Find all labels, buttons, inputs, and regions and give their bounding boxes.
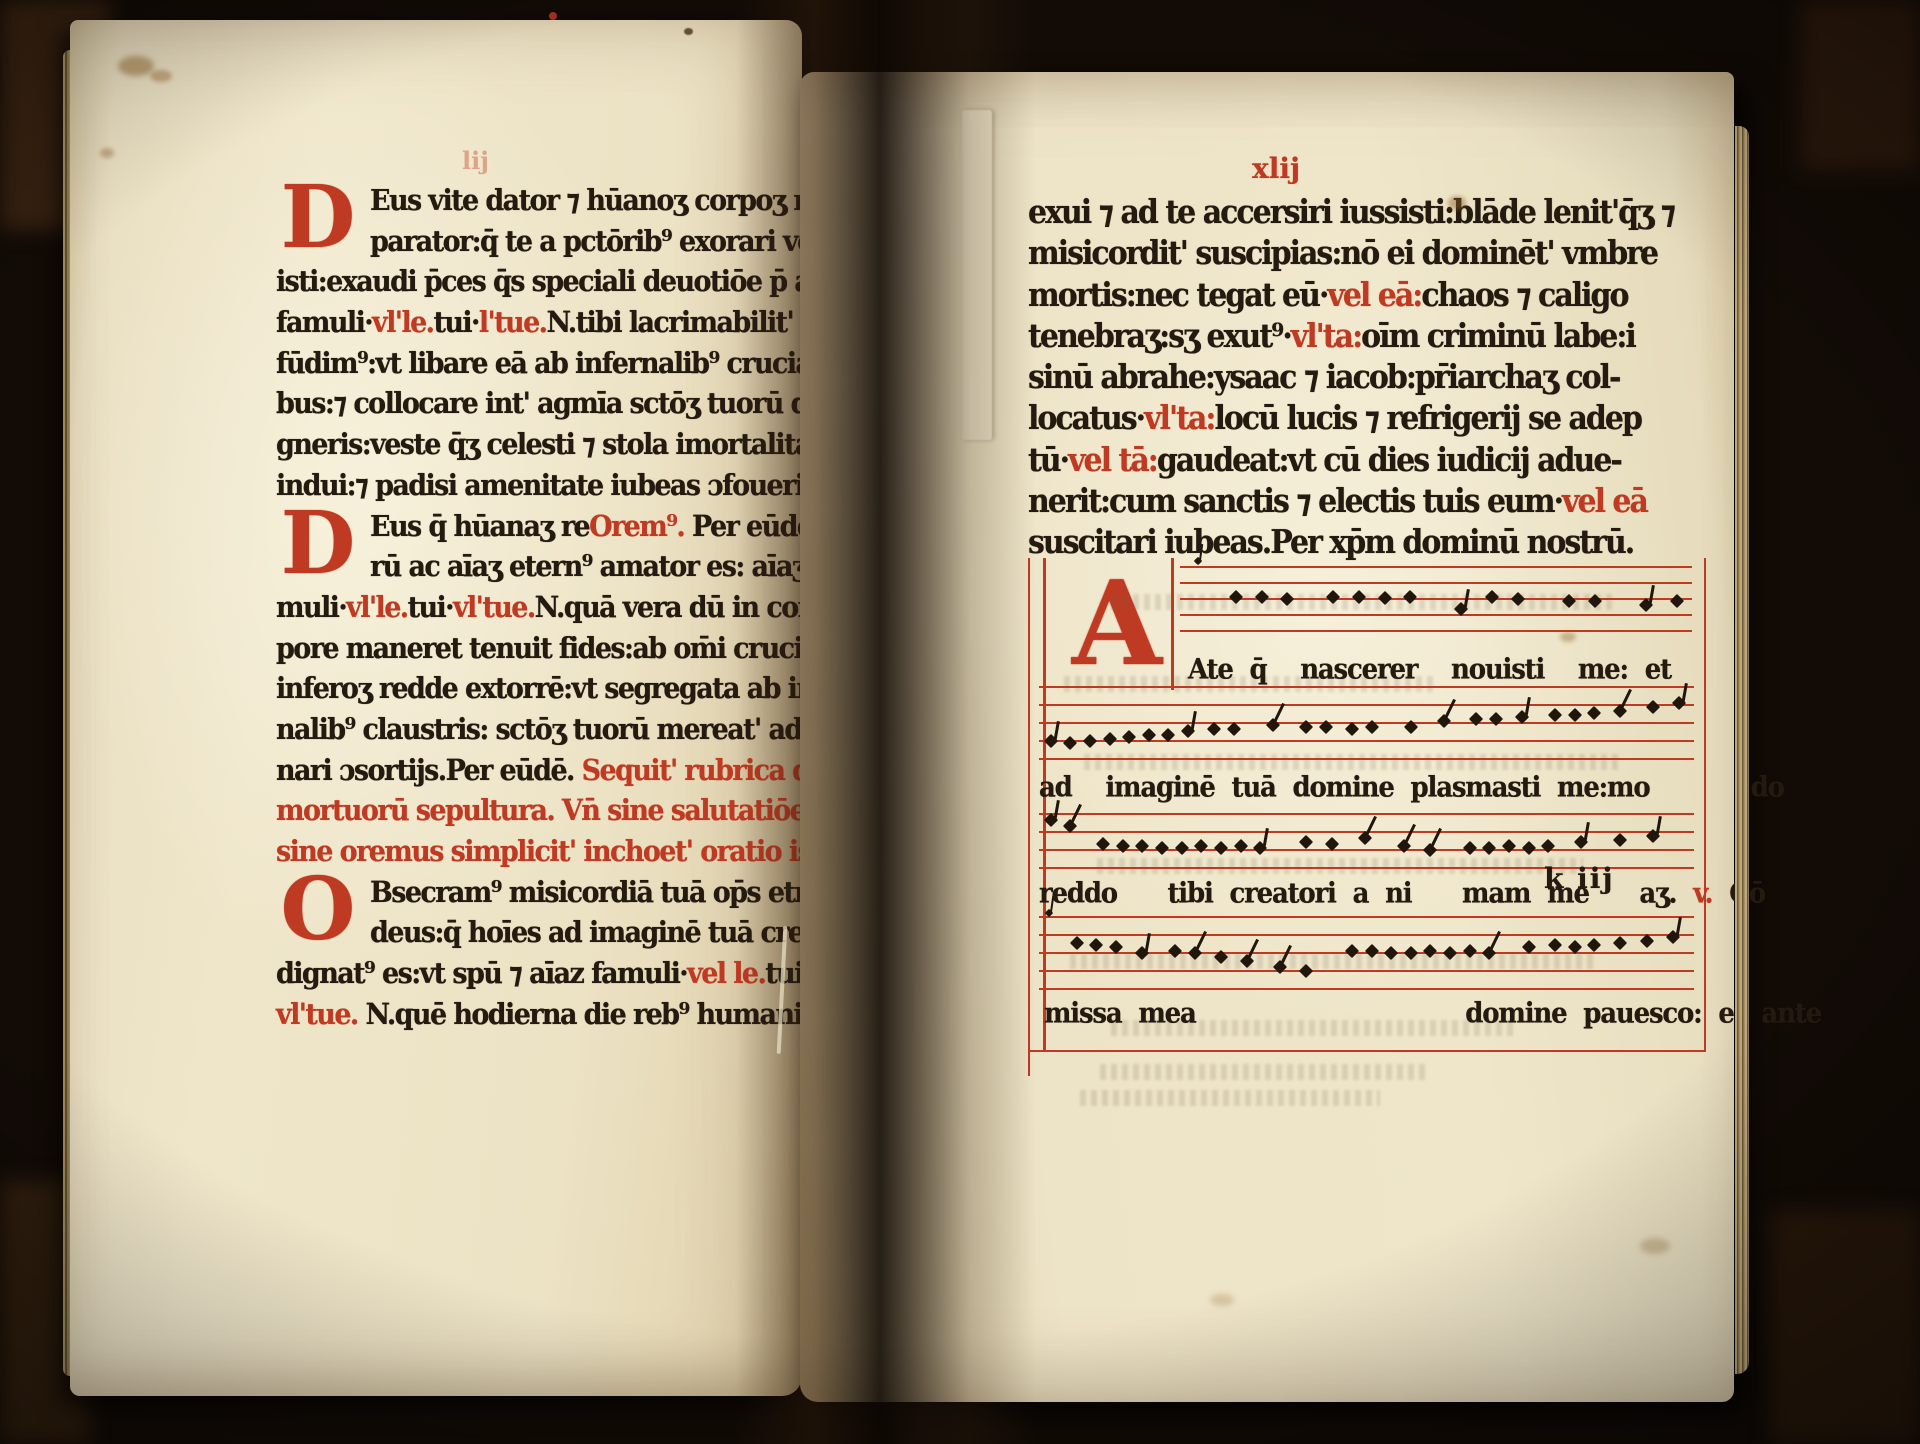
neume-note [1301,722,1311,732]
text-line: sinū abrahe:ysaac ⁊ iacob:pr̄iarchaʒ col… [1028,359,1700,404]
text-segment: chaos ⁊ caligo [1421,277,1627,315]
chant-lyric-line: ad imaginē tuā domine plasmasti me:mo do [1039,772,1784,804]
text-line: nerit:cum sanctis ⁊ electis tuis eum·vel… [1028,483,1700,528]
quire-signature: k iij [1544,862,1615,895]
text-line: nalib⁹ claustris: sctōʒ tuorū mereat' ad… [276,713,806,757]
text-line: tū·vel tā:gaudeat:vt cū dies iudicij adu… [1028,442,1700,487]
neume-note [1282,594,1292,604]
music-staff [1039,916,1694,990]
text-segment: oīm criminū labe:i [1361,318,1635,356]
text-line: fūdim⁹:vt libare eā ab infernalib⁹ cruci… [276,347,806,391]
neume-note [1550,940,1560,950]
neume-note [1491,714,1501,724]
neume-note [1216,952,1226,962]
neume-note [1091,940,1101,950]
text-segment: gneris:veste q̄ʒ celesti ⁊ stola imortal… [276,428,844,461]
neume-note [1589,708,1599,718]
text-segment: mortuorū sepultura. Vn̄ sine salutatiōe … [276,794,825,827]
text-segment: sine oremus simplicit' inchoet' oratio i… [276,835,846,868]
stain [549,12,557,20]
neume-note [1648,702,1658,712]
neume-note [1615,706,1625,716]
neume-note [1386,948,1396,958]
text-segment: vl'le. [372,306,433,339]
neume-note [1576,837,1586,847]
background-corner-stain [1770,1210,1920,1444]
text-segment: nalib⁹ claustris: sctōʒ tuorū mereat' ad… [276,713,829,746]
lombard-initial: D [272,178,364,258]
neume-note [1405,592,1415,602]
frame-rule [1171,558,1174,690]
neume-note [1367,946,1377,956]
text-line: mortis:nec tegat eū·vel eā:chaos ⁊ calig… [1028,277,1700,322]
text-segment: sinū abrahe:ysaac ⁊ iacob:pr̄iarchaʒ col… [1028,359,1619,397]
neume-note [1354,592,1364,602]
neume-note [1487,592,1497,602]
neume-note [1236,841,1246,851]
text-line: parator:q̄ te a pctōrib⁹ exorari volu [370,225,806,269]
neume-note [1550,710,1560,720]
neume-note [1367,722,1377,732]
stain [150,70,172,82]
text-segment: missa mea domine pauesco: et ante [1044,998,1821,1030]
left-page: lij Eus vite dator ⁊ hūanoʒ corpoʒ re-pa… [70,20,802,1396]
text-segment: Eus q̄ hūanaʒ re [370,510,589,543]
neume-note [1085,736,1095,746]
text-line: Eus vite dator ⁊ hūanoʒ corpoʒ re- [370,184,806,228]
neume-note [1301,966,1311,976]
neume-note [1231,592,1241,602]
neume-note [1484,843,1494,853]
neume-note [1590,596,1600,606]
stain [118,56,154,76]
stain [100,148,114,158]
text-segment: vl'tue. [453,591,535,624]
neume-note [1209,724,1219,734]
text-segment: inferoʒ redde extorrē:vt segregata ab in… [276,672,853,705]
neume-note [1406,722,1416,732]
neume-note [1118,841,1128,851]
neume-note [1524,942,1534,952]
text-segment: tui· [433,306,478,339]
text-line: muli·vl'le.tui·vl'tue.N.quā vera dū in c… [276,591,806,635]
neume-note [1674,698,1684,708]
stain [1640,1238,1670,1254]
neume-note [1275,962,1285,972]
neume-note [1570,942,1580,952]
text-segment: N.quā vera dū in cor [535,591,811,624]
manuscript-photo: lij Eus vite dator ⁊ hūanoʒ corpoʒ re-pa… [0,0,1920,1444]
text-segment: Cō [1712,878,1765,910]
neume-note [1137,948,1147,958]
text-line: Eus q̄ hūanaʒ reOrem⁹. Per eūdē. [370,510,806,554]
neume-note [1196,841,1206,851]
text-line: tenebraʒ:sʒ exut⁹·vl'ta:oīm criminū labe… [1028,318,1700,363]
text-line: deus:q̄ hoīes ad imaginē tuā creare [370,916,806,960]
text-segment: vl'ta: [1291,318,1361,356]
neume-note [1615,938,1625,948]
text-segment: vel eā: [1327,277,1421,315]
neume-note [1229,724,1239,734]
text-line: pore maneret tenuit fides:ab om̄i crucia… [276,632,806,676]
neume-note [1399,841,1409,851]
neume-note [1257,592,1267,602]
text-segment: v. [1693,878,1712,910]
text-segment: Eus vite dator ⁊ hūanoʒ corpoʒ re- [370,184,831,217]
neume-note [1124,732,1134,742]
chant-lyric-line: reddo tibi creatori a ni mam me aʒ. v. C… [1039,878,1765,910]
neume-note [1144,730,1154,740]
neume-note [1672,596,1682,606]
neume-note [1137,841,1147,851]
text-segment: Orem⁹. [589,510,684,543]
neume-note [1347,724,1357,734]
text-segment: muli· [276,591,346,624]
neume-note [1216,843,1226,853]
text-segment: fūdim⁹:vt libare eā ab infernalib⁹ cruci… [276,347,831,380]
text-line: gneris:veste q̄ʒ celesti ⁊ stola imortal… [276,428,806,472]
text-segment: Bsecram⁹ misicordiā tuā op̄s etne [370,876,828,909]
neume-note [1301,837,1311,847]
neume-note [1157,843,1167,853]
neume-note [1072,938,1082,948]
text-segment: Sequit' rubrica dē [582,754,825,787]
music-staff [1039,813,1694,869]
neume-note [1046,910,1056,920]
lombard-initial: O [272,870,364,950]
text-segment: rū ac aīaʒ etern⁹ amator es: aīaʒ fa- [370,550,849,583]
text-segment: pore maneret tenuit fides:ab om̄i crucia… [276,632,847,665]
text-segment: N.tibi lacrimabilit' [546,306,793,339]
neume-note [1484,948,1494,958]
text-line: famuli·vl'le.tui·l'tue.N.tibi lacrimabil… [276,306,806,350]
text-segment: gaudeat:vt cū dies iudicij adue- [1157,442,1621,480]
text-segment: mortis:nec tegat eū· [1028,277,1327,315]
text-line: exui ⁊ ad te accersiri iussisti:blāde le… [1028,194,1700,239]
neume-note [1668,932,1678,942]
text-segment: nari ɔsortijs.Per eūdē. [276,754,582,787]
neume-note [1360,833,1370,843]
text-segment: locatus· [1028,400,1144,438]
neume-note [1321,722,1331,732]
music-staff [1039,686,1694,760]
neume-note [1046,736,1056,746]
neume-note [1190,948,1200,958]
text-segment: deus:q̄ hoīes ad imaginē tuā creare [370,916,848,949]
text-segment: dignat⁹ es:vt spū ⁊ aīaz famuli· [276,957,687,990]
neume-note [1456,604,1466,614]
text-line: mortuorū sepultura. Vn̄ sine salutatiōe … [276,794,806,838]
text-segment: bus:⁊ collocare int' agmīa sctōʒ tuorū d… [276,387,826,420]
neume-note [1380,593,1390,603]
chant-lyric-line: missa mea domine pauesco: et ante [1044,998,1821,1030]
neume-note [1111,942,1121,952]
neume-note [1065,821,1075,831]
repair-strip [962,110,992,440]
text-line: inferoʒ redde extorrē:vt segregata ab in… [276,672,806,716]
music-block: A Ate q̄ nascerer nouisti me: etad imagi… [1028,558,1706,1052]
text-segment: tū· [1028,442,1068,480]
text-segment: N.quē hodierna die reb⁹ humanis [358,998,816,1031]
neume-note [1177,843,1187,853]
text-segment: nerit:cum sanctis ⁊ electis tuis eum· [1028,483,1562,521]
neume-note [1504,841,1514,851]
text-line: nari ɔsortijs.Per eūdē. Sequit' rubrica … [276,754,806,798]
neume-note [1615,835,1625,845]
frame-rule [1028,1050,1031,1076]
neume-note [1098,839,1108,849]
text-segment: vel le. [687,957,765,990]
neume-note [1517,712,1527,722]
music-staff [1180,566,1692,632]
text-line: rū ac aīaʒ etern⁹ amator es: aīaʒ fa- [370,550,806,594]
text-line: locatus·vl'ta:locū lucis ⁊ refrigerij se… [1028,400,1700,445]
neume-note [1564,596,1574,606]
text-segment: famuli· [276,306,372,339]
neume-note [1163,730,1173,740]
neume-note [1046,815,1056,825]
neume-note [1242,956,1252,966]
right-text-block: exui ⁊ ad te accersiri iussisti:blāde le… [1028,194,1700,566]
text-segment: vl'le. [346,591,407,624]
neume-note [1425,946,1435,956]
neume-note [1268,720,1278,730]
neume-note [1425,845,1435,855]
left-text-block: Eus vite dator ⁊ hūanoʒ corpoʒ re-parato… [276,184,806,1038]
neume-note [1065,738,1075,748]
text-line: dignat⁹ es:vt spū ⁊ aīaz famuli·vel le.t… [276,957,806,1001]
neume-note [1465,946,1475,956]
text-line: Bsecram⁹ misicordiā tuā op̄s etne [370,876,806,920]
text-segment: ad imaginē tuā domine plasmasti me:mo do [1039,772,1784,804]
text-segment: vl'tue. [276,998,358,1031]
text-segment: l'tue. [479,306,547,339]
background-corner-stain [1800,0,1920,170]
neume-note [1589,940,1599,950]
neume-note [1105,734,1115,744]
neume-note [1328,592,1338,602]
stain [1210,1294,1234,1306]
text-line: isti:exaudi p̄ces q̄s speciali deuotiōe … [276,265,806,309]
neume-note [1465,843,1475,853]
neume-note [1524,843,1534,853]
text-segment: exui ⁊ ad te accersiri iussisti:blāde le… [1028,194,1674,232]
neume-note [1445,948,1455,958]
neume-note [1648,831,1658,841]
text-segment: Ate q̄ nascerer nouisti me: et [1188,654,1671,686]
text-segment: indui:⁊ padisi amenitate iubeas ɔfoueri. [276,469,811,502]
text-segment: misicordit' suscipias:nō ei dominēt' vmb… [1028,235,1657,273]
text-segment: parator:q̄ te a pctōrib⁹ exorari volu [370,225,840,258]
lombard-initial: D [272,504,364,584]
neume-note [1641,600,1651,610]
neume-note [1513,594,1523,604]
neume-note [1183,726,1193,736]
ink-bleedthrough [1100,1064,1430,1080]
text-segment: vl'ta: [1144,400,1214,438]
text-segment: tui· [408,591,453,624]
neume-note [1406,948,1416,958]
neume-note [1327,839,1337,849]
neume-note [1195,558,1205,568]
neume-note [1170,946,1180,956]
stain [684,28,693,35]
chant-lyric-line: Ate q̄ nascerer nouisti me: et [1188,654,1671,686]
text-line: bus:⁊ collocare int' agmīa sctōʒ tuorū d… [276,387,806,431]
text-line: vl'tue. N.quē hodierna die reb⁹ humanis [276,998,806,1042]
neume-note [1347,946,1357,956]
text-segment: vel eā [1562,483,1647,521]
text-segment: vel tā: [1068,442,1157,480]
text-segment: isti:exaudi p̄ces q̄s speciali deuotiōe … [276,265,835,298]
ink-bleedthrough [1080,1090,1380,1106]
right-folio-number: xlij [1252,152,1300,185]
neume-note [1255,843,1265,853]
text-segment: tenebraʒ:sʒ exut⁹· [1028,318,1291,356]
music-initial-letter: A [1072,574,1162,674]
neume-note [1570,710,1580,720]
text-line: misicordit' suscipias:nō ei dominēt' vmb… [1028,235,1700,280]
right-page: xlij exui ⁊ ad te accersiri iussisti:blā… [800,72,1734,1402]
text-segment: locū lucis ⁊ refrigerij se adep [1215,400,1641,438]
neume-note [1642,936,1652,946]
neume-note [1439,716,1449,726]
neume-note [1543,841,1553,851]
neume-note [1471,714,1481,724]
left-folio-number: lij [462,146,489,175]
